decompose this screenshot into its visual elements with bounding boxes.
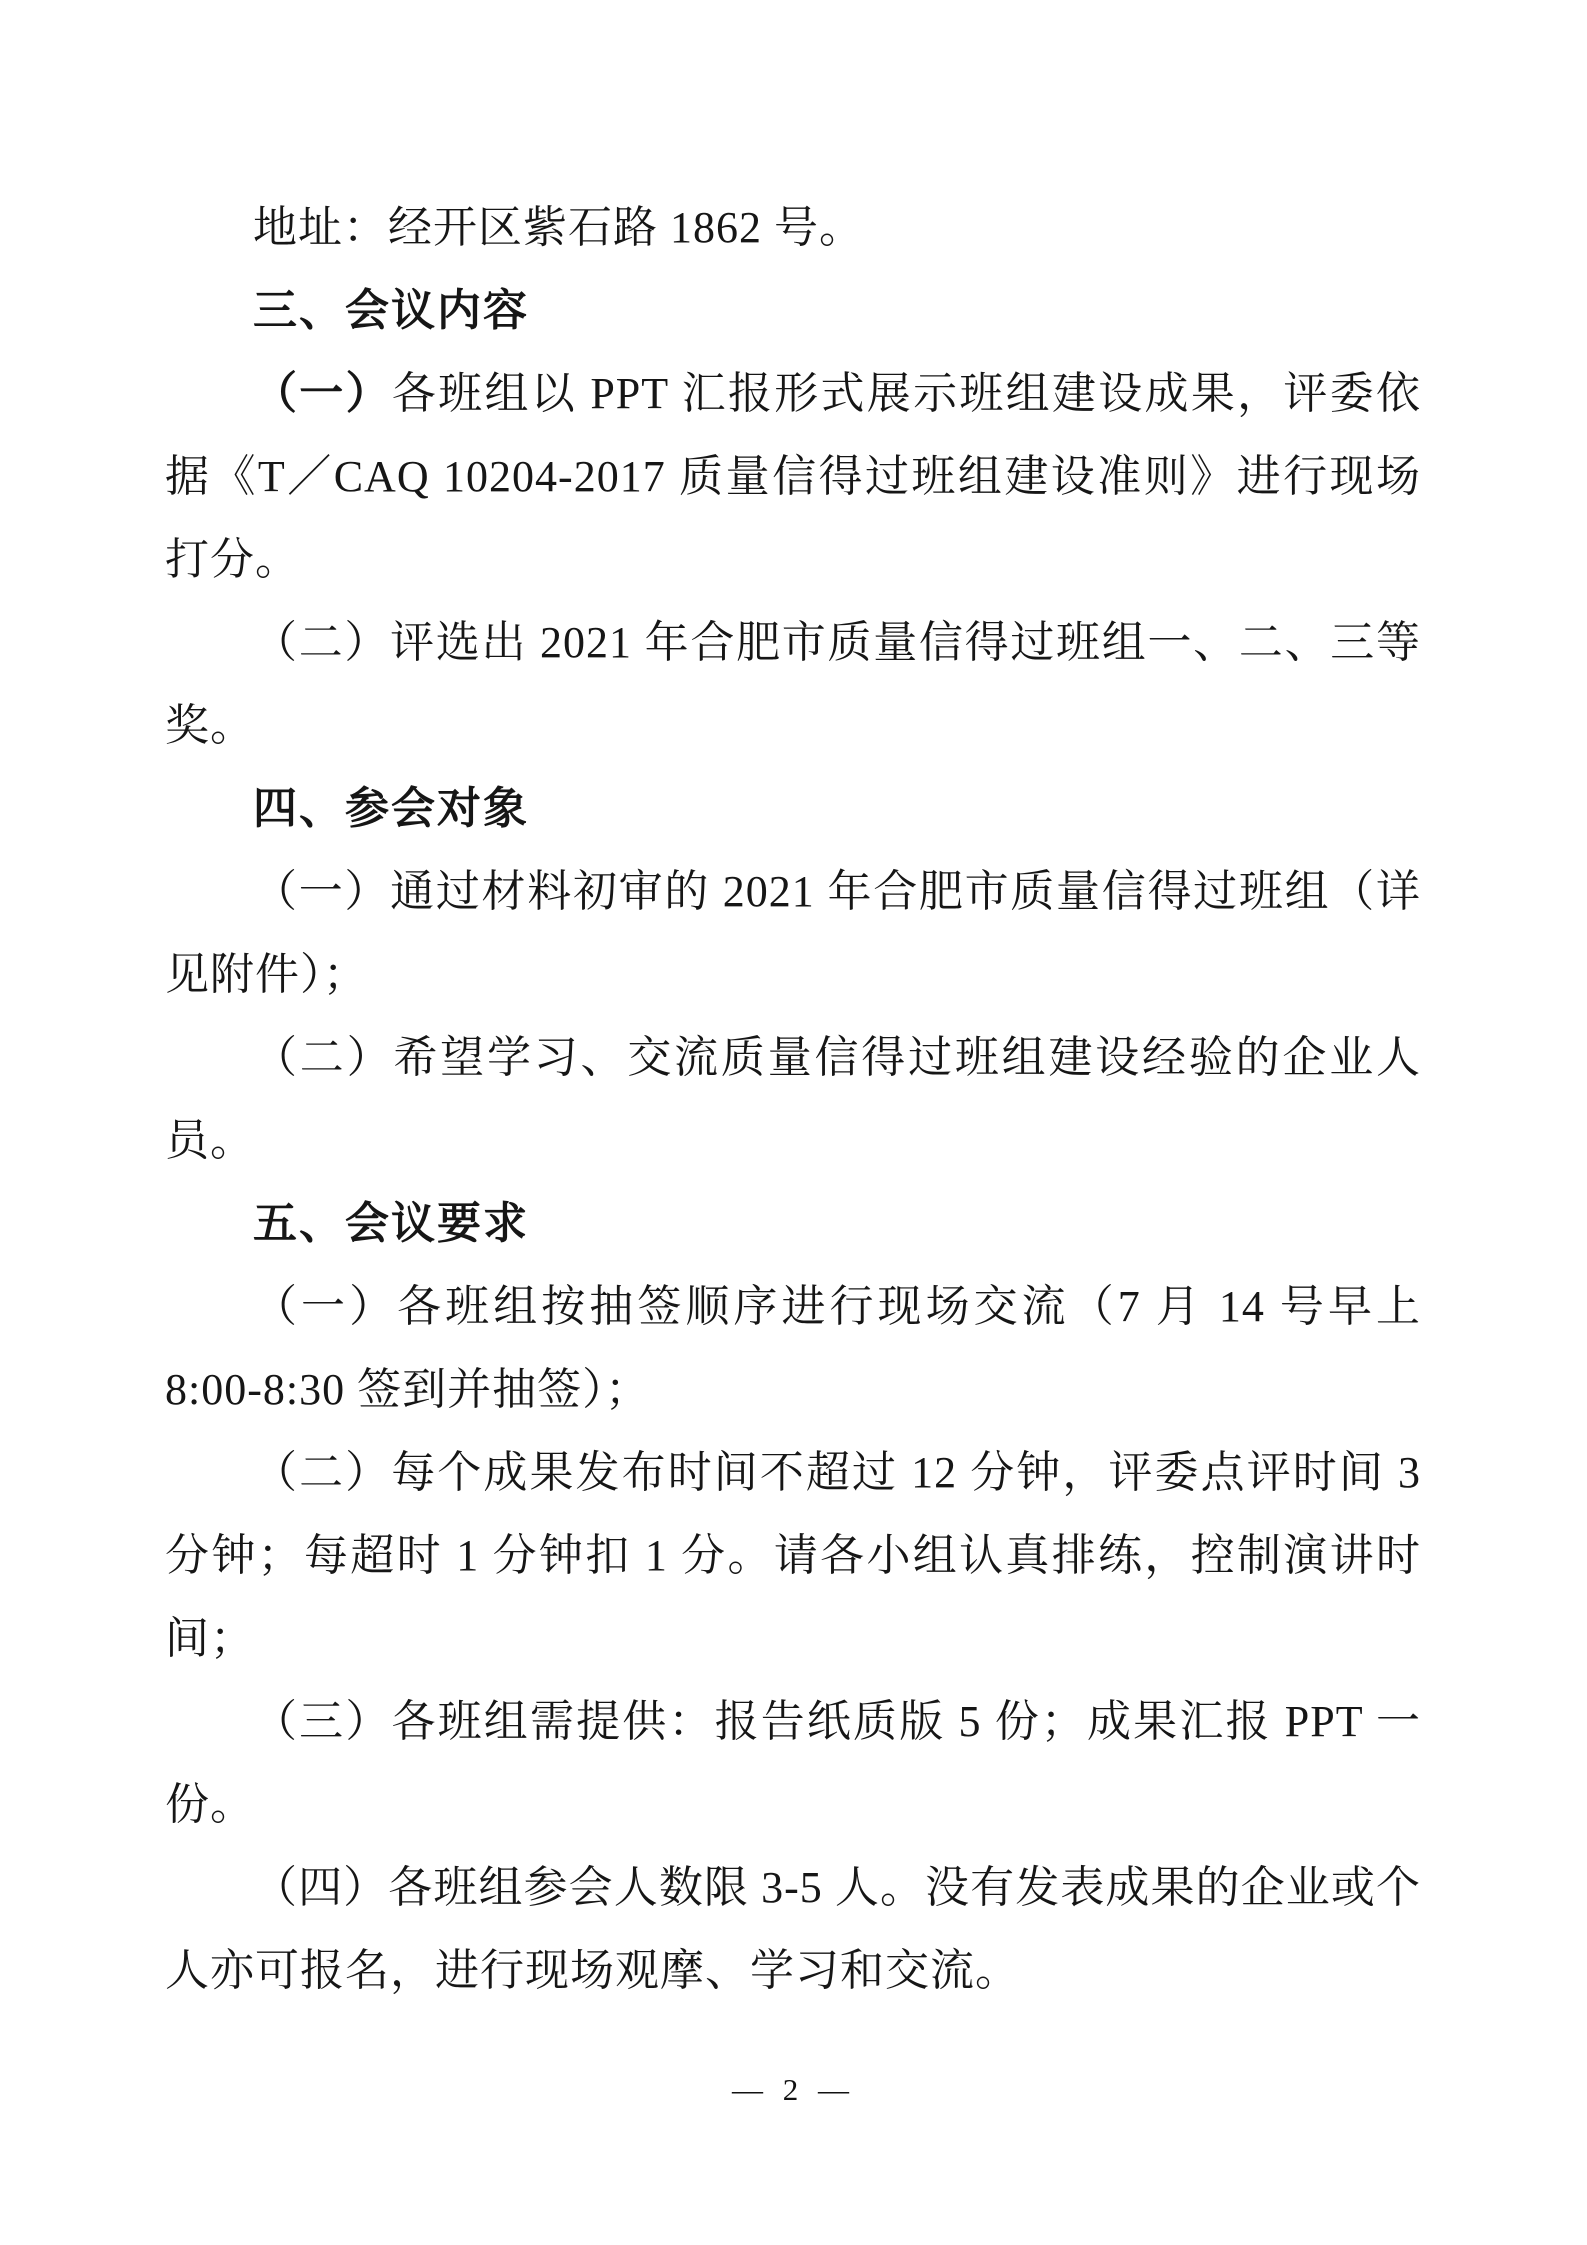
paragraph: （二）评选出 2021 年合肥市质量信得过班组一、二、三等奖。 <box>165 601 1421 767</box>
paragraph: （一）通过材料初审的 2021 年合肥市质量信得过班组（详见附件）； <box>165 850 1421 1016</box>
paragraph: （四）各班组参会人数限 3-5 人。没有发表成果的企业或个人亦可报名，进行现场观… <box>165 1846 1421 2012</box>
document-page: 地址：经开区紫石路 1862 号。三、会议内容（一）各班组以 PPT 汇报形式展… <box>0 0 1587 2245</box>
paragraph: （二）希望学习、交流质量信得过班组建设经验的企业人员。 <box>165 1016 1421 1182</box>
section-heading: 四、参会对象 <box>165 767 1421 850</box>
paragraph: （一）各班组以 PPT 汇报形式展示班组建设成果，评委依据《T／CAQ 1020… <box>165 352 1421 601</box>
page-footer: — 2 — <box>0 2072 1587 2108</box>
section-heading: 五、会议要求 <box>165 1182 1421 1265</box>
list-item-marker: （一） <box>253 369 392 418</box>
paragraph: （二）每个成果发布时间不超过 12 分钟，评委点评时间 3 分钟；每超时 1 分… <box>165 1431 1421 1680</box>
document-body: 地址：经开区紫石路 1862 号。三、会议内容（一）各班组以 PPT 汇报形式展… <box>165 186 1421 2012</box>
paragraph: 地址：经开区紫石路 1862 号。 <box>165 186 1421 269</box>
section-heading: 三、会议内容 <box>165 269 1421 352</box>
paragraph: （三）各班组需提供：报告纸质版 5 份；成果汇报 PPT 一份。 <box>165 1680 1421 1846</box>
page-number: — 2 — <box>732 2072 855 2107</box>
paragraph: （一）各班组按抽签顺序进行现场交流（7 月 14 号早上 8:00-8:30 签… <box>165 1265 1421 1431</box>
